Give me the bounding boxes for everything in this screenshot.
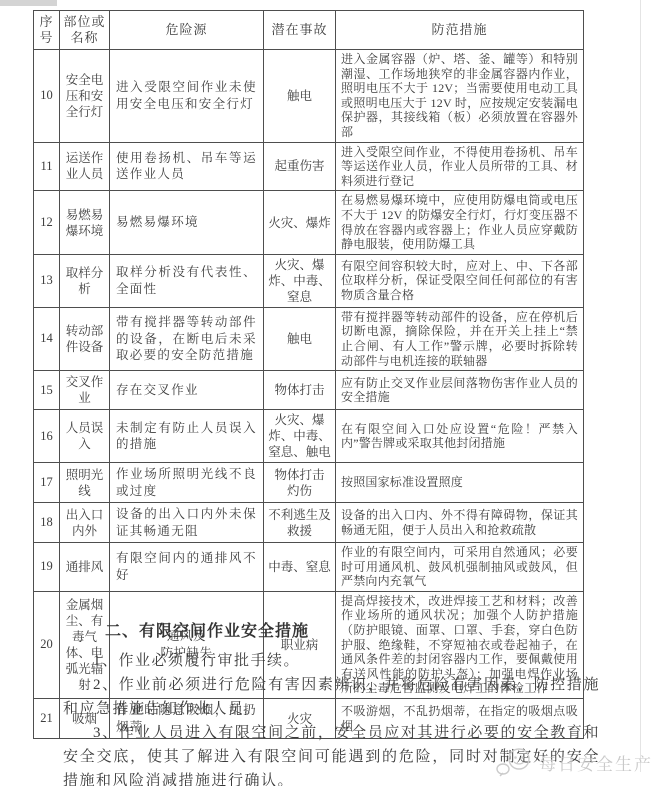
document-page: 序号部位或名称危险源潜在事故防范措施 10安全电压和安全行灯进入受限空间作业未使…: [0, 0, 657, 786]
table-row: 11运送作业人员使用卷扬机、吊车等运送作业人员起重伤害进入受限空间作业，不得使用…: [34, 142, 584, 191]
table-row: 17照明光线作业场所照明光线不良或过度物体打击 灼伤按照国家标准设置照度: [34, 463, 584, 503]
cell-measures: 按照国家标准设置照度: [336, 463, 584, 503]
cell-no: 11: [34, 142, 60, 191]
cell-name: 出入口内外: [60, 503, 110, 543]
cell-accident: 火灾、爆炸、中毒、窒息: [264, 254, 336, 307]
column-header: 危险源: [110, 11, 264, 50]
cell-no: 19: [34, 543, 60, 592]
cell-hazard: 有限空间内的通排风不好: [110, 543, 264, 592]
table-row: 18出入口内外设备的出入口内外未保证其畅通无阻不利逃生及救援设备的出入口内、外不…: [34, 503, 584, 543]
cell-accident: 不利逃生及救援: [264, 503, 336, 543]
column-header: 潜在事故: [264, 11, 336, 50]
column-header: 防范措施: [336, 11, 584, 50]
cell-hazard: 带有搅拌器等转动部件的设备，在断电后未采取必要的安全防范措施: [110, 307, 264, 370]
cell-no: 18: [34, 503, 60, 543]
cell-name: 安全电压和安全行灯: [60, 50, 110, 143]
cell-no: 12: [34, 191, 60, 254]
cell-measures: 应有防止交叉作业层间落物伤害作业人员的安全措施: [336, 371, 584, 410]
cell-accident: 中毒、窒息: [264, 543, 336, 592]
column-header: 部位或名称: [60, 11, 110, 50]
cell-accident: 物体打击 灼伤: [264, 463, 336, 503]
cell-hazard: 未制定有防止人员误入的措施: [110, 410, 264, 463]
cell-name: 通排风: [60, 543, 110, 592]
section-paragraph: 1、作业必须履行审批手续。: [63, 649, 600, 673]
cell-hazard: 作业场所照明光线不良或过度: [110, 463, 264, 503]
header-row: 序号部位或名称危险源潜在事故防范措施: [34, 11, 584, 50]
cell-no: 14: [34, 307, 60, 370]
section-paragraph: 2、作业前必须进行危险有害因素辨识，并将危险有害因素，防控措施和应急措施告知作业…: [63, 673, 600, 721]
cell-hazard: 存在交叉作业: [110, 371, 264, 410]
cell-no: 16: [34, 410, 60, 463]
cell-measures: 有限空间容积较大时，应对上、中、下各部位取样分析，保证受限空间任何部位的有害物质…: [336, 254, 584, 307]
watermark-label: 每日安全生产: [539, 750, 653, 775]
cell-accident: 触电: [264, 307, 336, 370]
cell-hazard: 取样分析没有代表性、全面性: [110, 254, 264, 307]
table-row: 14转动部件设备带有搅拌器等转动部件的设备，在断电后未采取必要的安全防范措施触电…: [34, 307, 584, 370]
cell-no: 13: [34, 254, 60, 307]
cell-measures: 带有搅拌器等转动部件的设备，应在停机后切断电源，摘除保险，并在开关上挂上“禁止合…: [336, 307, 584, 370]
cell-name: 易燃易爆环境: [60, 191, 110, 254]
cell-name: 人员误入: [60, 410, 110, 463]
table-row: 12易燃易爆环境易燃易爆环境火灾、爆炸在易燃易爆环境中，应使用防爆电筒或电压不大…: [34, 191, 584, 254]
cell-accident: 火灾、爆炸、中毒、窒息、触电: [264, 410, 336, 463]
section-heading: 二、有限空间作业安全措施: [33, 618, 600, 641]
cell-measures: 进入金属容器（炉、塔、釜、罐等）和特别潮湿、工作场地狭窄的非金属容器内作业，照明…: [336, 50, 584, 143]
cell-name: 运送作业人员: [60, 142, 110, 191]
cell-accident: 物体打击: [264, 371, 336, 410]
cell-hazard: 进入受限空间作业未使用安全电压和安全行灯: [110, 50, 264, 143]
page-edge-line: [640, 0, 641, 772]
table-row: 16人员误入未制定有防止人员误入的措施火灾、爆炸、中毒、窒息、触电在有限空间入口…: [34, 410, 584, 463]
cell-no: 17: [34, 463, 60, 503]
cell-measures: 在易燃易爆环境中，应使用防爆电筒或电压不大于 12V 的防爆安全行灯，行灯变压器…: [336, 191, 584, 254]
cell-measures: 在有限空间入口处应设置“危险！严禁入内”警告牌或采取其他封闭措施: [336, 410, 584, 463]
table-row: 15交叉作业存在交叉作业物体打击应有防止交叉作业层间落物伤害作业人员的安全措施: [34, 371, 584, 410]
scan-artifact-corner: [0, 0, 57, 6]
cell-measures: 作业的有限空间内，可采用自然通风；必要时可用通风机、鼓风机强制抽风或鼓风，但严禁…: [336, 543, 584, 592]
cell-measures: 进入受限空间作业，不得使用卷扬机、吊车等运送作业人员，作业人员所带的工具、材料须…: [336, 142, 584, 191]
cell-hazard: 易燃易爆环境: [110, 191, 264, 254]
cell-accident: 火灾、爆炸: [264, 191, 336, 254]
cell-hazard: 使用卷扬机、吊车等运送作业人员: [110, 142, 264, 191]
table-row: 19通排风有限空间内的通排风不好中毒、窒息作业的有限空间内，可采用自然通风；必要…: [34, 543, 584, 592]
column-header: 序号: [34, 11, 60, 50]
cell-no: 15: [34, 371, 60, 410]
cell-accident: 触电: [264, 50, 336, 143]
chat-bubbles-icon: [495, 746, 537, 778]
table-row: 13取样分析取样分析没有代表性、全面性火灾、爆炸、中毒、窒息有限空间容积较大时，…: [34, 254, 584, 307]
cell-accident: 起重伤害: [264, 142, 336, 191]
cell-hazard: 设备的出入口内外未保证其畅通无阻: [110, 503, 264, 543]
cell-name: 照明光线: [60, 463, 110, 503]
cell-name: 转动部件设备: [60, 307, 110, 370]
watermark: 每日安全生产: [495, 746, 653, 778]
cell-no: 10: [34, 50, 60, 143]
cell-measures: 设备的出入口内、外不得有障碍物，保证其畅通无阻，便于人员出入和抢救疏散: [336, 503, 584, 543]
cell-name: 取样分析: [60, 254, 110, 307]
cell-name: 交叉作业: [60, 371, 110, 410]
table-row: 10安全电压和安全行灯进入受限空间作业未使用安全电压和安全行灯触电进入金属容器（…: [34, 50, 584, 143]
